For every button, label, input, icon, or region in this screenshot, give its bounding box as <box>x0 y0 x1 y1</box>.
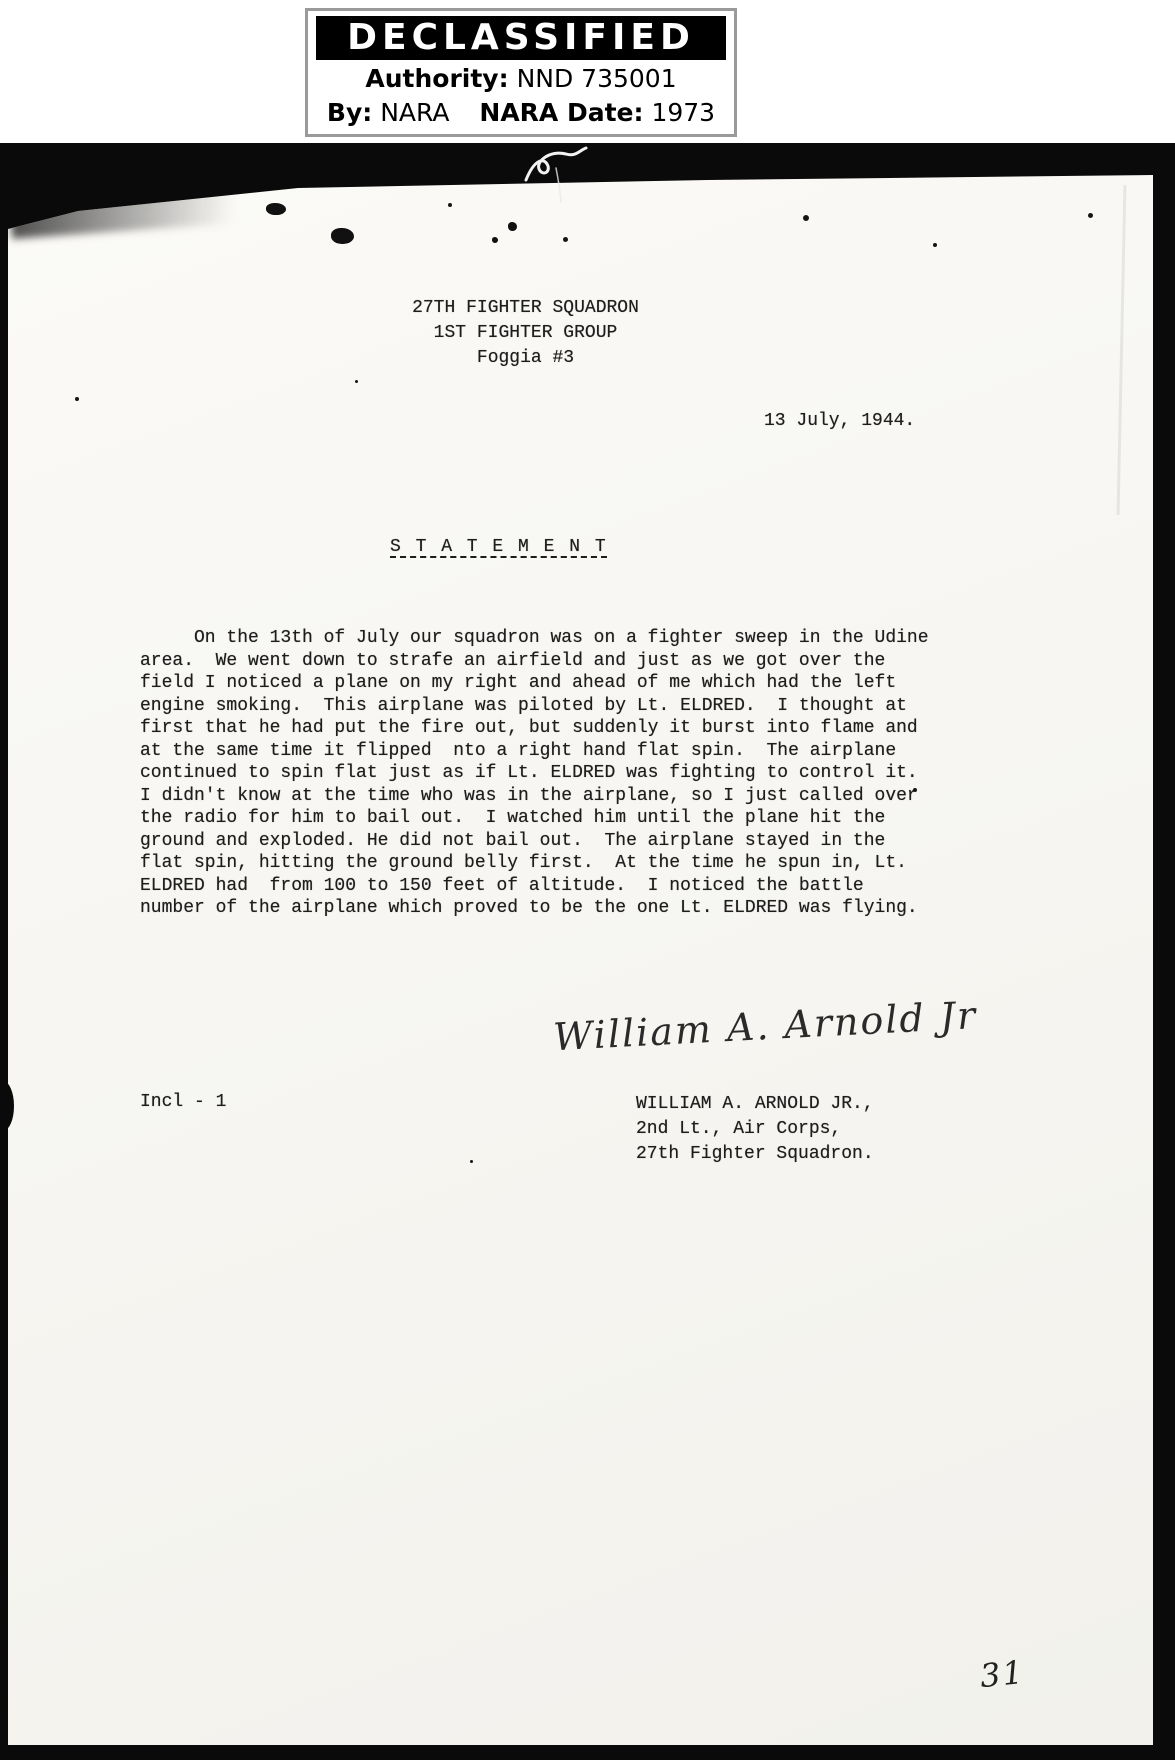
ink-blob <box>266 203 286 215</box>
document-scan: 27TH FIGHTER SQUADRON 1ST FIGHTER GROUP … <box>0 143 1175 1760</box>
ink-speck <box>75 397 79 401</box>
letterhead-group: 1ST FIGHTER GROUP <box>393 321 658 346</box>
document-date: 13 July, 1944. <box>764 411 915 431</box>
authority-value: NND 735001 <box>517 64 677 93</box>
by-label: By: <box>327 98 372 127</box>
nara-date-value: 1973 <box>651 98 715 127</box>
handwritten-page-number: 31 <box>978 1653 1026 1695</box>
ink-blob <box>508 222 517 231</box>
signature-rank: 2nd Lt., Air Corps, <box>636 1117 874 1142</box>
signature-name: WILLIAM A. ARNOLD JR., <box>636 1092 874 1117</box>
statement-body: On the 13th of July our squadron was on … <box>140 627 929 920</box>
letterhead-squadron: 27TH FIGHTER SQUADRON <box>393 296 658 321</box>
by-value: NARA <box>380 98 449 127</box>
nara-date-label: NARA Date: <box>479 98 643 127</box>
signature-unit: 27th Fighter Squadron. <box>636 1142 874 1167</box>
declassified-stamp: DECLASSIFIED Authority: NND 735001 By: N… <box>305 8 737 137</box>
authority-label: Authority: <box>365 64 508 93</box>
ink-speck <box>448 203 452 207</box>
ink-blob <box>331 228 354 244</box>
ink-blob <box>492 237 498 243</box>
paper-page: 27TH FIGHTER SQUADRON 1ST FIGHTER GROUP … <box>8 175 1153 1745</box>
signature-block: WILLIAM A. ARNOLD JR., 2nd Lt., Air Corp… <box>636 1092 874 1167</box>
paper-crease <box>1117 185 1127 515</box>
letterhead-location: Foggia #3 <box>393 346 658 371</box>
ink-speck <box>1088 213 1093 218</box>
statement-heading: S T A T E M E N T <box>390 537 608 557</box>
torn-corner-shading <box>8 159 331 239</box>
by-date-line: By: NARA NARA Date: 1973 <box>316 97 726 128</box>
enclosure-note: Incl - 1 <box>140 1092 226 1112</box>
ink-speck <box>563 237 568 242</box>
ink-speck <box>470 1160 473 1163</box>
declassified-title: DECLASSIFIED <box>316 16 726 60</box>
letterhead: 27TH FIGHTER SQUADRON 1ST FIGHTER GROUP … <box>393 296 658 371</box>
ink-speck <box>803 215 809 221</box>
pen-check-mark <box>520 146 600 216</box>
screenshot-root: DECLASSIFIED Authority: NND 735001 By: N… <box>0 0 1175 1760</box>
authority-line: Authority: NND 735001 <box>316 63 726 94</box>
handwritten-signature: William A. Arnold Jr <box>552 991 1024 1060</box>
ink-speck <box>355 380 358 383</box>
ink-speck <box>933 243 937 247</box>
ink-speck <box>913 788 917 792</box>
